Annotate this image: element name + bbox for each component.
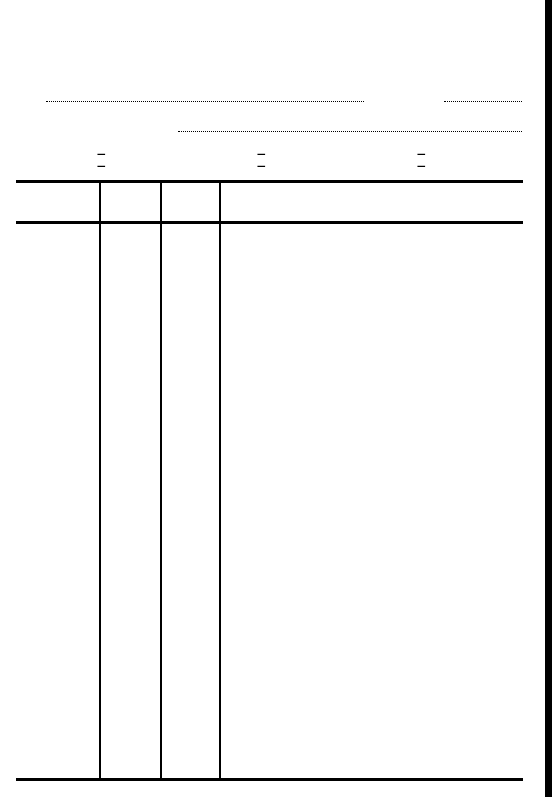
territory-field[interactable] (444, 101, 522, 102)
symbol-legend-col-3: — — (417, 149, 426, 173)
column-divider (160, 181, 162, 779)
symbol-legend-col-2: — — (257, 149, 266, 173)
column-divider (99, 181, 101, 779)
publisher-field[interactable] (178, 131, 522, 132)
symbol-legend-col-1: — — (97, 149, 106, 173)
street-field[interactable] (46, 101, 364, 102)
scan-edge-bar (545, 0, 552, 797)
table-bottom-border (16, 778, 523, 781)
header-bottom-border (16, 221, 523, 224)
table-top-border (16, 180, 523, 183)
column-divider (219, 181, 221, 779)
